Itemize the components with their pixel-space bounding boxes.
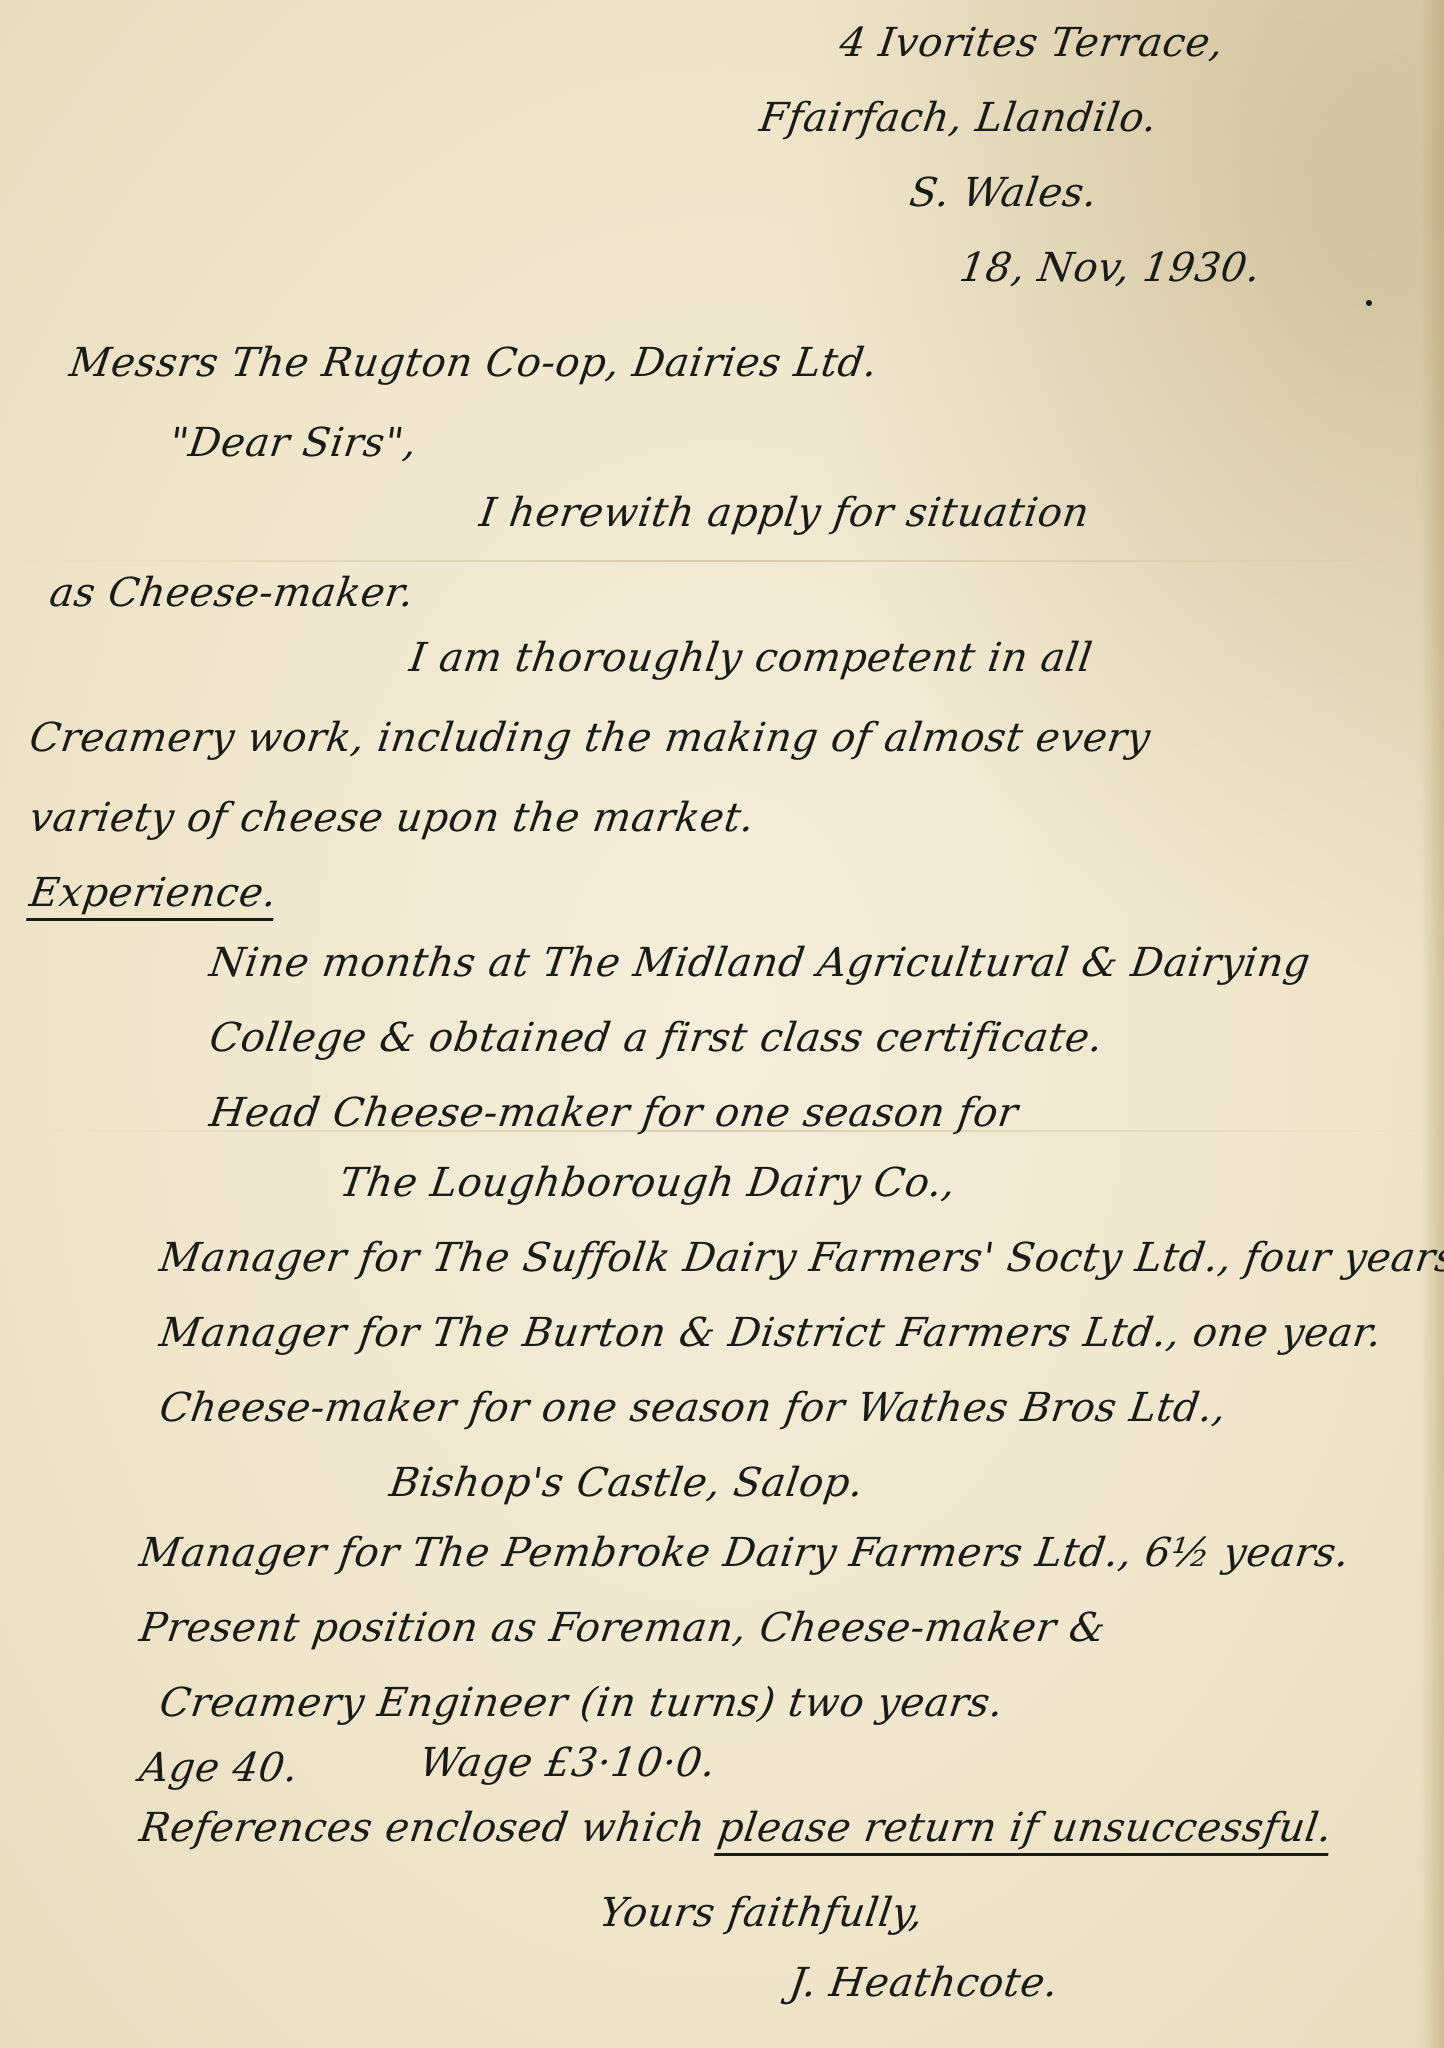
letter-page: 4 Ivorites Terrace, Ffairfach, Llandilo.… bbox=[0, 0, 1444, 2048]
age: Age 40. bbox=[137, 1745, 301, 1791]
body-p2-line1: I am thoroughly competent in all bbox=[407, 635, 1096, 681]
experience-item: Manager for The Suffolk Dairy Farmers' S… bbox=[157, 1235, 1444, 1281]
experience-item: College & obtained a first class certifi… bbox=[207, 1015, 1106, 1061]
ink-dot bbox=[1366, 300, 1372, 306]
signature: J. Heathcote. bbox=[787, 1960, 1062, 2006]
experience-item: Bishop's Castle, Salop. bbox=[387, 1460, 867, 1506]
wage: Wage £3·10·0. bbox=[417, 1740, 719, 1786]
paper-edge bbox=[1420, 0, 1444, 2048]
body-p1-line2: as Cheese-maker. bbox=[47, 570, 417, 616]
body-p2-line2: Creamery work, including the making of a… bbox=[27, 715, 1154, 761]
experience-heading-text: Experience. bbox=[26, 870, 280, 921]
recipient: Messrs The Rugton Co-op, Dairies Ltd. bbox=[67, 340, 881, 386]
paper-fold-line bbox=[0, 560, 1444, 562]
salutation: "Dear Sirs", bbox=[167, 420, 420, 466]
address-line-3: S. Wales. bbox=[907, 170, 1101, 216]
experience-item: Cheese-maker for one season for Wathes B… bbox=[157, 1385, 1229, 1431]
experience-item: Head Cheese-maker for one season for bbox=[207, 1090, 1021, 1136]
experience-item: Nine months at The Midland Agricultural … bbox=[207, 940, 1313, 986]
address-line-1: 4 Ivorites Terrace, bbox=[837, 20, 1227, 66]
experience-item: Manager for The Burton & District Farmer… bbox=[157, 1310, 1385, 1356]
address-line-2: Ffairfach, Llandilo. bbox=[757, 95, 1160, 141]
letter-date: 18, Nov, 1930. bbox=[957, 245, 1264, 291]
references-line: References enclosed which please return … bbox=[137, 1805, 1335, 1851]
closing: Yours faithfully, bbox=[597, 1890, 927, 1936]
body-p1-line1: I herewith apply for situation bbox=[477, 490, 1092, 536]
experience-item: Manager for The Pembroke Dairy Farmers L… bbox=[137, 1530, 1353, 1576]
references-prefix: References enclosed which bbox=[137, 1805, 708, 1851]
body-p2-line3: variety of cheese upon the market. bbox=[27, 795, 758, 841]
experience-item: Present position as Foreman, Cheese-make… bbox=[137, 1605, 1109, 1651]
experience-item: Creamery Engineer (in turns) two years. bbox=[157, 1680, 1007, 1726]
references-underlined: please return if unsuccessful. bbox=[714, 1805, 1335, 1856]
experience-heading: Experience. bbox=[27, 870, 280, 916]
experience-item: The Loughborough Dairy Co., bbox=[337, 1160, 959, 1206]
